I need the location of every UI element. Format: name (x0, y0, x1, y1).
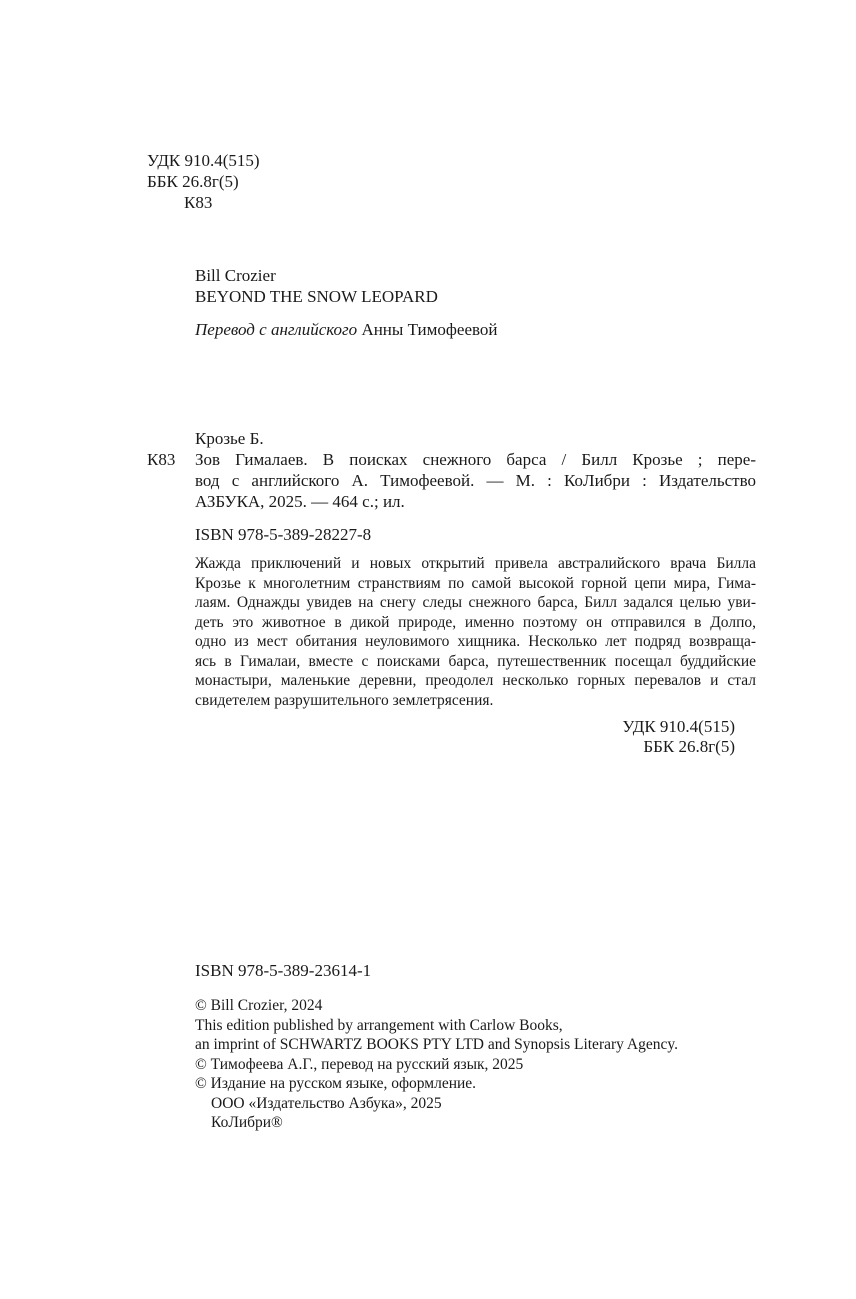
copyright-line: © Bill Crozier, 2024 (195, 996, 678, 1016)
annotation-line: ясь в Гималаи, вместе с поисками барса, … (195, 652, 756, 672)
bbk-code-bottom: ББК 26.8г(5) (643, 736, 735, 757)
copyright-block: © Bill Crozier, 2024 This edition publis… (195, 996, 678, 1133)
rights-isbn: ISBN 978-5-389-23614-1 (195, 960, 371, 981)
annotation-line: свидетелем разрушительного землетрясения… (195, 691, 756, 711)
translation-prefix: Перевод с английского (195, 320, 357, 339)
copyright-line: an imprint of SCHWARTZ BOOKS PTY LTD and… (195, 1035, 678, 1055)
annotation-line: лаям. Однажды увидев на снегу следы снеж… (195, 593, 756, 613)
catalog-description-line: АЗБУКА, 2025. — 464 с.; ил. (195, 491, 405, 512)
catalog-author-heading: Крозье Б. (195, 428, 264, 449)
original-title: BEYOND THE SNOW LEOPARD (195, 286, 438, 307)
copyright-line: This edition published by arrangement wi… (195, 1016, 678, 1036)
annotation-line: Жажда приключений и новых открытий приве… (195, 554, 756, 574)
original-author: Bill Crozier (195, 265, 276, 286)
annotation-line: деть это животное в дикой природе, именн… (195, 613, 756, 633)
bbk-code-top: ББК 26.8г(5) (147, 171, 239, 192)
catalog-isbn: ISBN 978-5-389-28227-8 (195, 524, 371, 545)
catalog-description-line: Зов Гималаев. В поисках снежного барса /… (195, 449, 756, 470)
translator-name: Анны Тимофеевой (361, 320, 497, 339)
udk-code-bottom: УДК 910.4(515) (622, 716, 735, 737)
copyright-line: © Тимофеева А.Г., перевод на русский язы… (195, 1055, 678, 1075)
copyright-line: © Издание на русском языке, оформление. (195, 1074, 678, 1094)
catalog-description-line: вод с английского А. Тимофеевой. — М. : … (195, 470, 756, 491)
copyright-line: ООО «Издательство Азбука», 2025 (195, 1094, 678, 1114)
annotation-line: монастыри, маленькие деревни, преодолел … (195, 671, 756, 691)
annotation-line: Крозье к многолетним странствиям по само… (195, 574, 756, 594)
catalog-mark: К83 (147, 449, 175, 470)
udk-code-top: УДК 910.4(515) (147, 150, 260, 171)
annotation-paragraph: Жажда приключений и новых открытий приве… (195, 554, 756, 710)
copyright-line: КоЛибри® (195, 1113, 678, 1133)
annotation-line: одно из мест обитания неуловимого хищник… (195, 632, 756, 652)
translation-credit: Перевод с английского Анны Тимофеевой (195, 319, 498, 340)
author-mark-top: К83 (184, 192, 212, 213)
